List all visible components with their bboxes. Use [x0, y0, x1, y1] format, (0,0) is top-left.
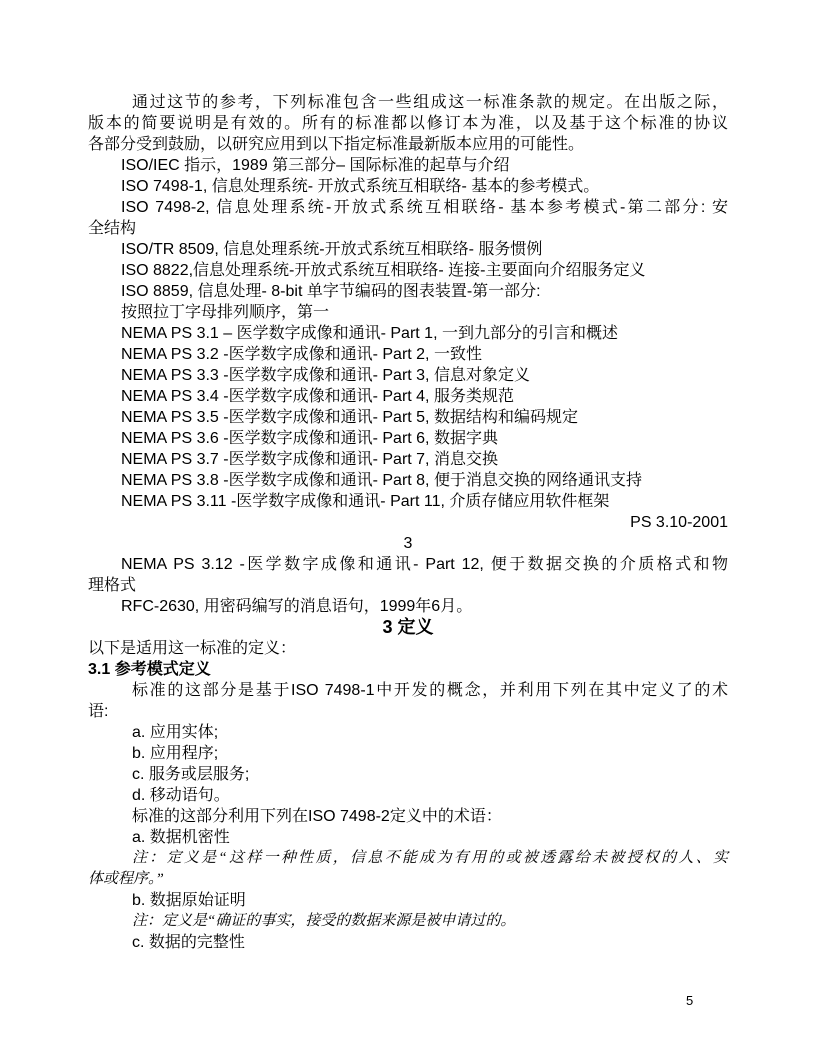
list-item: d. 移动语句。	[88, 785, 728, 806]
paragraph-line: 版本的简要说明是有效的。所有的标准都以修订本为准，以及基于这个标准的协议	[88, 113, 728, 134]
reference-item: NEMA PS 3.1 – 医学数字成像和通讯- Part 1, 一到九部分的引…	[88, 323, 728, 344]
list-item: b. 数据原始证明	[88, 890, 728, 911]
reference-item: NEMA PS 3.8 -医学数字成像和通讯- Part 8, 便于消息交换的网…	[88, 470, 728, 491]
reference-item: NEMA PS 3.5 -医学数字成像和通讯- Part 5, 数据结构和编码规…	[88, 407, 728, 428]
reference-item: 按照拉丁字母排列顺序，第一	[88, 302, 728, 323]
reference-item: NEMA PS 3.12 -医学数字成像和通讯- Part 12, 便于数据交换…	[88, 554, 728, 575]
subsection-heading: 3.1 参考模式定义	[88, 659, 728, 680]
reference-item: RFC-2630, 用密码编写的消息语句，1999年6月。	[88, 596, 728, 617]
inline-page-number: 3	[88, 533, 728, 554]
reference-item: NEMA PS 3.4 -医学数字成像和通讯- Part 4, 服务类规范	[88, 386, 728, 407]
paragraph-line: 标准的这部分利用下列在ISO 7498-2定义中的术语：	[88, 806, 728, 827]
paragraph-line: 标准的这部分是基于ISO 7498-1中开发的概念，并利用下列在其中定义了的术	[88, 680, 728, 701]
list-item: c. 数据的完整性	[88, 932, 728, 953]
list-item: a. 数据机密性	[88, 827, 728, 848]
paragraph-line: 通过这节的参考，下列标准包含一些组成这一标准条款的规定。在出版之际，	[88, 92, 728, 113]
reference-item: ISO 8859, 信息处理- 8-bit 单字节编码的图表装置-第一部分:	[88, 281, 728, 302]
header-reference: PS 3.10-2001	[88, 512, 728, 533]
page-body: 通过这节的参考，下列标准包含一些组成这一标准条款的规定。在出版之际，版本的简要说…	[88, 92, 728, 953]
section-heading: 3 定义	[88, 617, 728, 638]
paragraph-line: 语:	[88, 701, 728, 722]
document-page: 通过这节的参考，下列标准包含一些组成这一标准条款的规定。在出版之际，版本的简要说…	[0, 0, 816, 1056]
reference-item: ISO 7498-2, 信息处理系统-开放式系统互相联络- 基本参考模式-第二部…	[88, 197, 728, 218]
reference-item: NEMA PS 3.2 -医学数字成像和通讯- Part 2, 一致性	[88, 344, 728, 365]
reference-item: NEMA PS 3.11 -医学数字成像和通讯- Part 11, 介质存储应用…	[88, 491, 728, 512]
reference-item: ISO/TR 8509, 信息处理系统-开放式系统互相联络- 服务惯例	[88, 239, 728, 260]
note-line: 注：定义是“这样一种性质，信息不能成为有用的或被透露给未被授权的人、实	[88, 848, 728, 869]
reference-item: ISO 7498-1, 信息处理系统- 开放式系统互相联络- 基本的参考模式。	[88, 176, 728, 197]
paragraph-line: 以下是适用这一标准的定义：	[88, 638, 728, 659]
reference-item-continuation: 全结构	[88, 218, 728, 239]
note-line: 体或程序。”	[88, 869, 728, 890]
list-item: b. 应用程序;	[88, 743, 728, 764]
paragraph-line: 各部分受到鼓励，以研究应用到以下指定标准最新版本应用的可能性。	[88, 134, 728, 155]
list-item: a. 应用实体;	[88, 722, 728, 743]
note-line: 注：定义是“确证的事实，接受的数据来源是被申请过的。	[88, 911, 728, 932]
reference-item: NEMA PS 3.3 -医学数字成像和通讯- Part 3, 信息对象定义	[88, 365, 728, 386]
footer-page-number: 5	[686, 993, 693, 1008]
reference-item-continuation: 理格式	[88, 575, 728, 596]
reference-item: NEMA PS 3.7 -医学数字成像和通讯- Part 7, 消息交换	[88, 449, 728, 470]
reference-item: ISO 8822,信息处理系统-开放式系统互相联络- 连接-主要面向介绍服务定义	[88, 260, 728, 281]
reference-item: NEMA PS 3.6 -医学数字成像和通讯- Part 6, 数据字典	[88, 428, 728, 449]
list-item: c. 服务或层服务;	[88, 764, 728, 785]
reference-item: ISO/IEC 指示，1989 第三部分– 国际标准的起草与介绍	[88, 155, 728, 176]
